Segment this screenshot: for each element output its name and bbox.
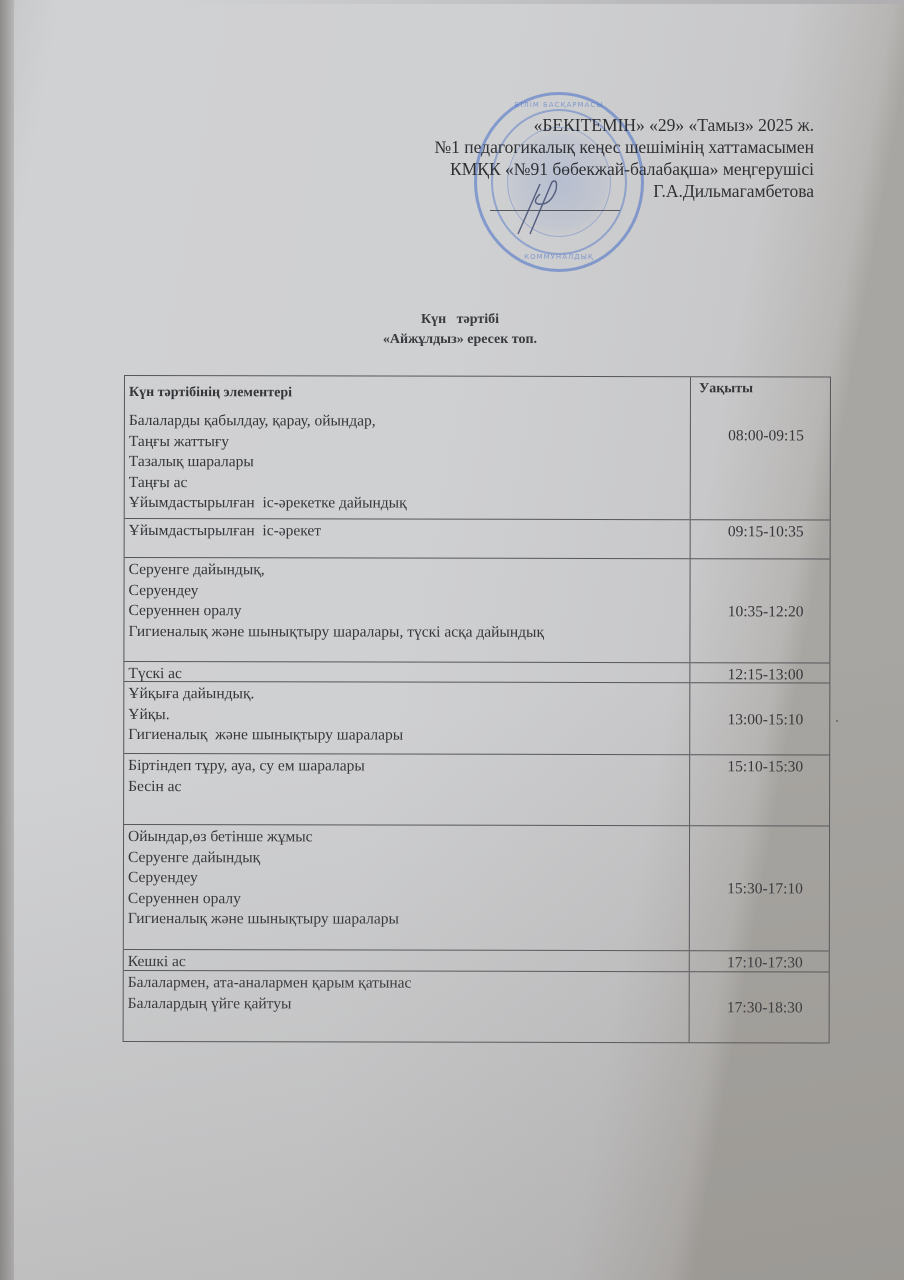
title-line-2: «Айжұлдыз» ересек топ. <box>360 330 560 350</box>
activity-line: Ұйқыға дайындық. <box>128 684 685 706</box>
header-elements: Күн тәртібінің элементері <box>125 376 691 410</box>
time-range: 12:15-13:00 <box>728 665 826 682</box>
time-cell: 10:35-12:20 <box>690 559 829 662</box>
activity-line: Ұйқы. <box>128 705 685 727</box>
activity-line: Серуендеу <box>129 581 686 603</box>
time-range: 17:30-18:30 <box>727 998 825 1018</box>
activity-cell: Серуенге дайындық,СеруендеуСеруеннен ора… <box>124 558 690 662</box>
table-row: Балалармен, ата-аналармен қарым қатынасБ… <box>124 970 829 1042</box>
header-time-label: Уақыты <box>699 379 753 410</box>
activity-cell: Ұйқыға дайындық.Ұйқы.Гигиеналық және шын… <box>124 682 690 754</box>
activity-cell: Ұйымдастырылған іс-әрекет <box>125 519 691 558</box>
time-cell: 09:15-10:35 <box>691 520 830 558</box>
activity-line: Ұйымдастырылған іс-әрекет <box>129 521 686 543</box>
time-range: 17:10-17:30 <box>727 953 825 971</box>
table-row: Біртіндеп тұру, ауа, су ем шараларыБесін… <box>124 753 829 825</box>
time-range: 10:35-12:20 <box>728 602 826 622</box>
table-body: Балаларды қабылдау, қарау, ойындар,Таңғы… <box>124 409 830 1042</box>
schedule-table: Күн тәртібінің элементері Уақыты Балалар… <box>123 375 831 1043</box>
table-row: Кешкі ас17:10-17:30 <box>124 949 829 971</box>
activity-line: Біртіндеп тұру, ауа, су ем шаралары <box>128 756 685 778</box>
time-cell: 17:30-18:30 <box>690 972 829 1042</box>
page-top-edge <box>180 0 904 4</box>
table-row: Серуенге дайындық,СеруендеуСеруеннен ора… <box>124 557 829 662</box>
time-cell: 13:00-15:10 <box>690 683 829 754</box>
time-range: 09:15-10:35 <box>728 522 826 558</box>
activity-line: Бесін ас <box>128 777 685 799</box>
activity-line: Балалармен, ата-аналармен қарым қатынас <box>128 973 685 995</box>
activity-cell: Балаларды қабылдау, қарау, ойындар,Таңғы… <box>125 409 691 519</box>
time-cell: 12:15-13:00 <box>690 663 829 682</box>
activity-line: Гигиеналық және шынықтыру шаралары <box>128 909 685 931</box>
activity-line: Ұйымдастырылған іс-әрекетке дайындық <box>129 493 686 515</box>
approval-line-1: «БЕКІТЕМІН» «29» «Тамыз» 2025 ж. <box>434 114 814 136</box>
activity-cell: Балалармен, ата-аналармен қарым қатынасБ… <box>124 971 690 1042</box>
activity-line: Серуеннен оралу <box>128 889 685 911</box>
time-cell: 08:00-09:15 <box>691 410 830 519</box>
time-range: 15:30-17:10 <box>727 879 825 899</box>
activity-line: Серуенге дайындық, <box>129 560 686 582</box>
activity-line: Балаларды қабылдау, қарау, ойындар, <box>129 411 686 433</box>
paper-speck <box>836 720 838 722</box>
activity-cell: Ойындар,өз бетінше жұмысСеруенге дайынды… <box>124 825 690 950</box>
activity-line: Ойындар,өз бетінше жұмыс <box>128 827 685 849</box>
table-row: Ұйымдастырылған іс-әрекет09:15-10:35 <box>125 518 830 558</box>
document-title: Күн тәртібі «Айжұлдыз» ересек топ. <box>360 310 560 350</box>
stamp-bottom-text: КОММУНАЛДЫҚ <box>477 253 641 261</box>
activity-line: Балалардың үйге қайтуы <box>128 994 685 1016</box>
table-header-row: Күн тәртібінің элементері Уақыты <box>125 376 830 410</box>
approval-line-2: №1 педагогикалық кеңес шешімінің хаттама… <box>434 136 814 158</box>
table-row: Ұйқыға дайындық.Ұйқы.Гигиеналық және шын… <box>124 681 829 754</box>
time-cell: 17:10-17:30 <box>690 951 829 971</box>
time-range: 13:00-15:10 <box>727 710 825 730</box>
approval-line-4: Г.А.Дильмагамбетова <box>434 180 814 202</box>
time-cell: 15:30-17:10 <box>690 826 829 950</box>
activity-line: Гигиеналық және шынықтыру шаралары <box>128 725 685 747</box>
title-line-1: Күн тәртібі <box>360 310 560 330</box>
activity-line: Серуендеу <box>128 868 685 890</box>
time-range: 15:10-15:30 <box>727 757 825 825</box>
time-range: 08:00-09:15 <box>728 412 826 446</box>
activity-line: Таңғы жаттығу <box>129 432 686 454</box>
header-time: Уақыты <box>691 377 830 410</box>
table-row: Түскі ас12:15-13:00 <box>124 661 829 682</box>
activity-cell: Біртіндеп тұру, ауа, су ем шараларыБесін… <box>124 754 690 825</box>
activity-cell: Түскі ас <box>124 662 690 682</box>
activity-cell: Кешкі ас <box>124 950 690 971</box>
activity-line: Серуенге дайындық <box>128 848 685 870</box>
approval-block: «БЕКІТЕМІН» «29» «Тамыз» 2025 ж. №1 педа… <box>434 114 814 202</box>
table-row: Балаларды қабылдау, қарау, ойындар,Таңғы… <box>125 409 830 519</box>
activity-line: Гигиеналық және шынықтыру шаралары, түск… <box>128 622 685 644</box>
approval-line-3: КМҚК «№91 бөбекжай-балабақша» меңгерушіс… <box>434 158 814 180</box>
stamp-outer-text: БІЛІМ БАСҚАРМАСЫ <box>477 101 641 109</box>
activity-line: Тазалық шаралары <box>129 452 686 474</box>
activity-line: Серуеннен оралу <box>128 601 685 623</box>
table-row: Ойындар,өз бетінше жұмысСеруенге дайынды… <box>124 824 829 950</box>
activity-line: Таңғы ас <box>129 473 686 495</box>
page-left-edge <box>0 0 14 1280</box>
time-cell: 15:10-15:30 <box>690 755 829 825</box>
